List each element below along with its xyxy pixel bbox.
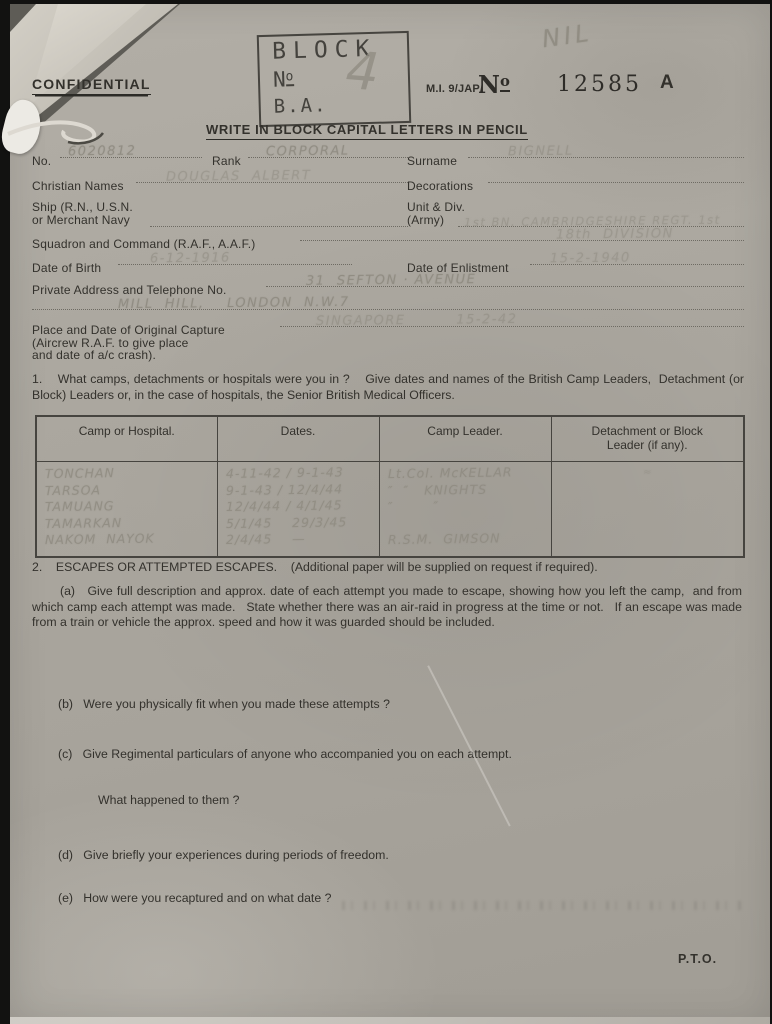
stamp-no-text: No (273, 67, 294, 92)
bottom-edge-highlight (10, 1017, 770, 1024)
dates-entry: 9-1-43 / 12/4/44 (225, 480, 370, 499)
dates-entry: 12/4/44 / 4/1/45 (225, 497, 370, 516)
detachment-entry: ≈ (559, 464, 735, 483)
mi9-reference: M.I. 9/JAP/ (426, 83, 483, 95)
camps-table-header-row: Camp or Hospital. Dates. Camp Leader. De… (37, 417, 743, 462)
decorations-label: Decorations (407, 179, 473, 193)
camp-entry: NAKOM NAYOK (45, 530, 209, 549)
camp-entry: TONCHAN (45, 464, 209, 483)
leader-cell: Lt.Col. McKELLAR ″ ″ KNIGHTS ″ ″ R.S.M. … (379, 462, 551, 557)
leader-entry: ″ ″ (387, 497, 542, 516)
unit-div-value-line2: 18th DIVISION (556, 226, 674, 242)
col-header-detachment: Detachment or Block Leader (if any). (551, 417, 743, 462)
rank-field-label: Rank (212, 154, 241, 168)
question-2a-text: (a) Give full description and approx. da… (32, 584, 742, 631)
question-2d-text: (d) Give briefly your experiences during… (58, 848, 738, 864)
col-header-camp: Camp or Hospital. (37, 417, 217, 462)
dates-cell: 4-11-42 / 9-1-43 9-1-43 / 12/4/44 12/4/4… (217, 462, 379, 557)
surname-field-value: BIGNELL (508, 144, 574, 160)
leader-entry: R.S.M. GIMSON (387, 530, 542, 549)
private-address-value1: 31 SEFTON · AVENUE (306, 272, 477, 289)
no-field-line: 6020812 (60, 142, 202, 158)
serial-suffix: A (660, 72, 674, 94)
rank-field-line: CORPORAL (248, 142, 408, 158)
col-header-dates: Dates. (217, 417, 379, 462)
unit-div-label-line1: Unit & Div. (407, 200, 465, 214)
capture-label-line3: and date of a/c crash). (32, 348, 156, 362)
scanned-document: CONFIDENTIAL BLOCK No B.A. 4 M.I. 9/JAP/… (0, 0, 772, 1024)
question-2-heading: 2. ESCAPES OR ATTEMPTED ESCAPES. (Additi… (32, 560, 744, 576)
confidential-heading: CONFIDENTIAL (32, 76, 151, 95)
capture-line: SINGAPORE 15-2-42 (280, 311, 744, 327)
date-of-birth-label: Date of Birth (32, 261, 101, 275)
no-field-value: 6020812 (68, 144, 137, 160)
surname-field-label: Surname (407, 154, 457, 168)
rank-field-value: CORPORAL (266, 144, 350, 160)
camp-cell: TONCHAN TARSOA TAMUANG TAMARKAN NAKOM NA… (37, 462, 217, 557)
dates-entry: 2/4/45 — (225, 530, 370, 549)
stamp-ba-text: B.A. (273, 94, 327, 117)
question-2c-text: (c) Give Regimental particulars of anyon… (58, 747, 738, 763)
block-number-stamp: BLOCK No B.A. 4 (257, 31, 412, 127)
capture-value: SINGAPORE 15-2-42 (316, 312, 518, 329)
camps-table-body-row: TONCHAN TARSOA TAMUANG TAMARKAN NAKOM NA… (37, 462, 743, 557)
ink-bleed-through (342, 901, 744, 910)
private-address-line2: MILL HILL, LONDON N.W.7 (32, 294, 744, 310)
handwritten-nil: NIL (540, 19, 594, 54)
detachment-cell: ≈ (551, 462, 743, 557)
decorations-line (488, 167, 744, 183)
pencil-instruction: WRITE IN BLOCK CAPITAL LETTERS IN PENCIL (206, 122, 528, 140)
question-1-text: 1. What camps, detachments or hospitals … (32, 372, 744, 403)
date-of-enlistment-line: 15-2-1940 (530, 249, 744, 265)
camps-table: Camp or Hospital. Dates. Camp Leader. De… (35, 415, 745, 558)
private-address-line1: 31 SEFTON · AVENUE (266, 271, 744, 287)
handwritten-block-number: 4 (344, 41, 382, 103)
camp-entry: TAMUANG (45, 497, 209, 516)
leader-entry: Lt.Col. McKELLAR (387, 464, 542, 483)
christian-names-value: DOUGLAS ALBERT (166, 168, 311, 185)
squadron-command-line: 18th DIVISION (300, 225, 744, 241)
christian-names-line: DOUGLAS ALBERT (136, 167, 408, 183)
ship-label-line1: Ship (R.N., U.S.N. (32, 200, 133, 214)
date-of-birth-value: 6-12-1916 (150, 251, 231, 267)
serial-number: 12585 (557, 72, 642, 97)
date-of-enlistment-value: 15-2-1940 (550, 251, 631, 267)
col-header-leader: Camp Leader. (379, 417, 551, 462)
dates-entry: 5/1/45 29/3/45 (225, 513, 370, 532)
paper-sheet: CONFIDENTIAL BLOCK No B.A. 4 M.I. 9/JAP/… (10, 4, 770, 1024)
capture-label-line1: Place and Date of Original Capture (32, 323, 225, 337)
serial-no-label: No (478, 70, 510, 99)
question-2b-text: (b) Were you physically fit when you mad… (58, 697, 738, 713)
christian-names-label: Christian Names (32, 179, 124, 193)
dates-entry: 4-11-42 / 9-1-43 (225, 464, 370, 483)
ship-label-line2: or Merchant Navy (32, 213, 130, 227)
question-2c-followup: What happened to them ? (98, 793, 498, 809)
private-address-value2: MILL HILL, LONDON N.W.7 (118, 295, 350, 312)
surname-field-line: BIGNELL (468, 142, 744, 158)
date-of-birth-line: 6-12-1916 (118, 249, 352, 265)
no-field-label: No. (32, 154, 51, 168)
pto-footer: P.T.O. (678, 952, 717, 966)
